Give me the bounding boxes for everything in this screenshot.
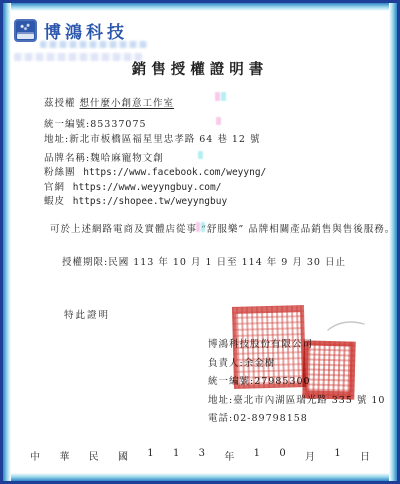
issuer-representative: 負責人:余金樹 [208,355,400,374]
letterhead-faint-text-line [40,41,148,48]
date-char: 日 [360,448,370,463]
issue-date-line: 中 華 民 國 1 1 3 年 1 0 月 1 日 [30,448,370,463]
authorization-period: 授權期限:民國 113 年 10 月 1 日至 114 年 9 月 30 日止 [62,254,346,268]
scan-artifact [221,92,226,101]
border-edge-top [3,3,397,11]
grant-sentence: 可於上述網路電商及實體店從事 “舒服樂” 品牌相關產品銷售與售後服務。 [50,221,395,235]
issuer-phone: 電話:02-89798158 [208,410,400,429]
company-name-header: 博鴻科技 [44,18,128,43]
letterhead: 博鴻科技 [14,18,128,43]
issuer-block: 博鴻科技股份有限公司 負責人:余金樹 統一編號:27985300 地址:臺北市內… [208,336,400,429]
date-char: 1 [254,448,260,463]
date-char: 國 [118,448,128,463]
document-title: 銷售授權證明書 [0,58,400,79]
pen-swoosh-mark [326,318,366,334]
shopee-label: 蝦皮 [44,196,65,207]
date-char: 3 [199,448,205,463]
date-char: 民 [89,448,99,463]
recipient-name: 想什麼小創意工作室 [80,98,181,109]
website-line: 官網 https://www.weyyngbuy.com/ [44,179,221,193]
shopee-url: https://shopee.tw/weyyngbuy [73,196,227,207]
grant-label: 茲授權 [44,98,76,109]
facebook-line: 粉絲團 https://www.facebook.com/weyyng/ [44,164,266,178]
website-label: 官網 [44,182,65,193]
scan-artifact [196,222,200,232]
date-char: 華 [59,448,69,463]
scan-artifact [215,92,220,101]
recipient-address: 地址:新北市板橋區福星里忠孝路 64 巷 12 號 [44,131,260,145]
issuer-address: 地址:臺北市內湖區瑞光路 335 號 10 樓 [208,392,400,411]
brand-name-line: 品牌名稱:魏哈麻寵物文創 [44,150,164,164]
issuer-company: 博鴻科技股份有限公司 [208,336,400,355]
scan-artifact [201,222,205,232]
facebook-label: 粉絲團 [44,167,76,178]
company-logo-icon [14,19,37,42]
recipient-line: 茲授權 想什麼小創意工作室 [44,95,180,109]
date-char: 月 [305,448,315,463]
border-edge-bottom [3,473,397,481]
shopee-line: 蝦皮 https://shopee.tw/weyyngbuy [44,193,227,207]
issuer-tax-id: 統一編號:27985300 [208,373,400,392]
scan-artifact [216,117,221,125]
date-char: 中 [30,448,40,463]
recipient-tax-id: 統一編號:85337075 [44,116,147,130]
date-char: 1 [334,448,340,463]
date-char: 1 [173,448,179,463]
facebook-url: https://www.facebook.com/weyyng/ [83,167,266,178]
closing-statement: 特此證明 [64,307,110,321]
date-char: 1 [147,448,153,463]
date-char: 年 [224,448,234,463]
date-char: 0 [279,448,285,463]
website-url: https://www.weyyngbuy.com/ [73,182,222,193]
scan-artifact [198,151,203,159]
